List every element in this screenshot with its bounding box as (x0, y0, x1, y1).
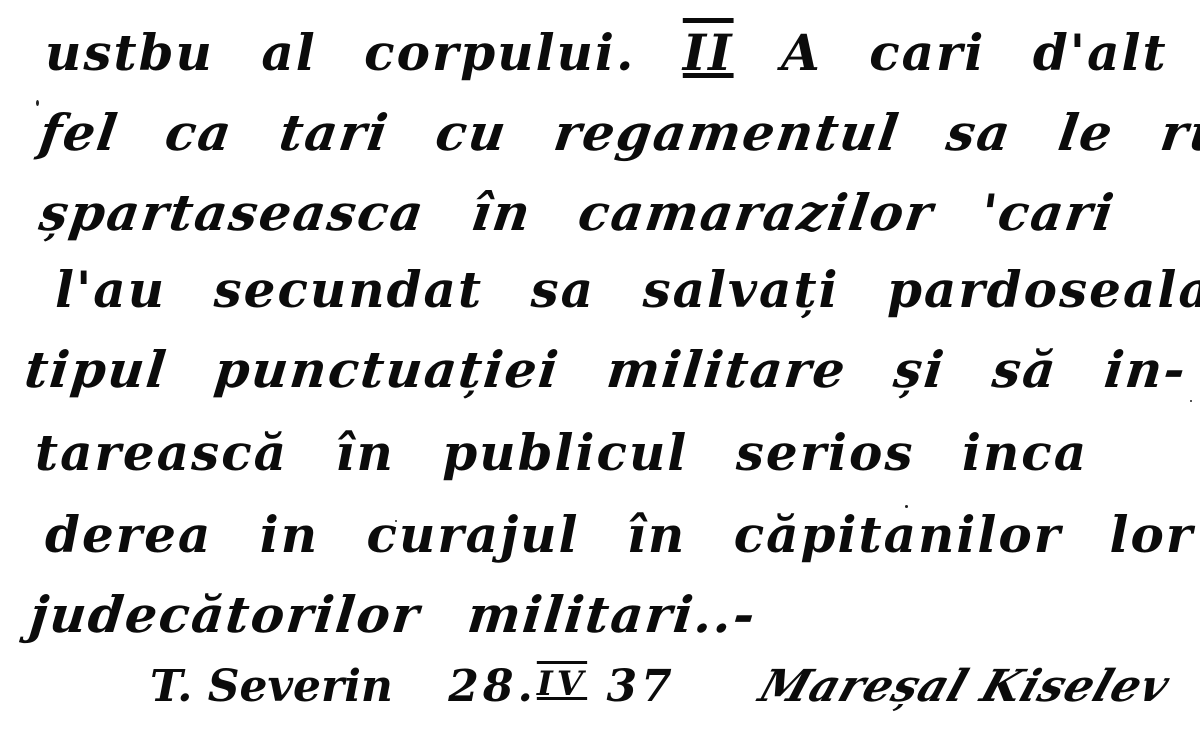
word: fel (36, 108, 121, 158)
word: regamentul (551, 108, 903, 158)
word: in (260, 510, 319, 560)
word: tari (277, 108, 393, 158)
signature: Mareșal Kiselev (754, 665, 1175, 709)
handwritten-line-1: ustbu al corpului. II A cari d'alt (45, 28, 1200, 78)
word: ustbu (45, 28, 214, 78)
scan-speck (36, 100, 39, 106)
word: A (781, 28, 822, 78)
word: în (469, 188, 535, 238)
scan-speck (905, 505, 908, 508)
word: al (261, 28, 316, 78)
word: curajul (367, 510, 580, 560)
word: judecătorilor (27, 590, 423, 640)
word: ru- (1158, 108, 1200, 158)
word: cu (433, 108, 511, 158)
word: serios (736, 428, 915, 478)
date: 28.IV 37 (448, 665, 675, 709)
word: să (990, 345, 1060, 395)
word: în (627, 510, 686, 560)
word: tarească (35, 428, 288, 478)
handwritten-line-6: tarească în publicul serios inca (35, 428, 1200, 478)
word: lor (1109, 510, 1194, 560)
date-month-roman: IV (537, 664, 587, 704)
word: cari (869, 28, 985, 78)
date-year: 37 (606, 661, 675, 712)
word: salvați (642, 265, 839, 315)
scan-speck (1190, 400, 1192, 402)
word: pardoseala (887, 265, 1200, 315)
word: sa (530, 265, 595, 315)
handwritten-line-5: tipul punctuației militare și să in- (22, 345, 1200, 395)
word: derea (45, 510, 212, 560)
word: secundat (213, 265, 483, 315)
word: corpului. (364, 28, 635, 78)
word: militare (604, 345, 849, 395)
word: și (891, 345, 947, 395)
word: l'au (55, 265, 166, 315)
word: d'alt (1033, 28, 1168, 78)
word: în (335, 428, 394, 478)
word: le (1055, 108, 1117, 158)
handwritten-line-8: judecătorilor militari..- (27, 590, 1200, 640)
word: căpitanilor (734, 510, 1062, 560)
word: tipul (22, 345, 170, 395)
handwritten-line-7: derea in curajul în căpitanilor lor (45, 510, 1200, 560)
date-day: 28. (448, 661, 537, 712)
place-name: T. Severin (150, 665, 393, 709)
scan-speck (395, 520, 397, 522)
handwritten-line-4: l'au secundat sa salvați pardoseala pe (55, 265, 1200, 315)
word: punctuației (212, 345, 562, 395)
handwritten-document-page: … … … … ustbu al corpului. II A cari d'a… (0, 0, 1200, 747)
handwritten-line-2: fel ca tari cu regamentul sa le ru- (36, 108, 1200, 158)
word: camarazilor (575, 188, 937, 238)
word: 'cari (978, 188, 1119, 238)
handwritten-line-3: șpartaseasca în camarazilor 'cari (36, 188, 1200, 238)
roman-numeral: II (683, 28, 734, 78)
word: militari..- (465, 590, 759, 640)
word: sa (943, 108, 1015, 158)
word: inca (962, 428, 1088, 478)
word: ca (162, 108, 236, 158)
cut-off-text: … … … … (20, 0, 260, 10)
word: in- (1102, 345, 1189, 395)
cut-off-top-line: … … … … (20, 0, 1180, 10)
word: publicul (442, 428, 688, 478)
closing-line: T. Severin 28.IV 37 Mareșal Kiselev (150, 665, 1200, 709)
word: șpartaseasca (36, 188, 428, 238)
